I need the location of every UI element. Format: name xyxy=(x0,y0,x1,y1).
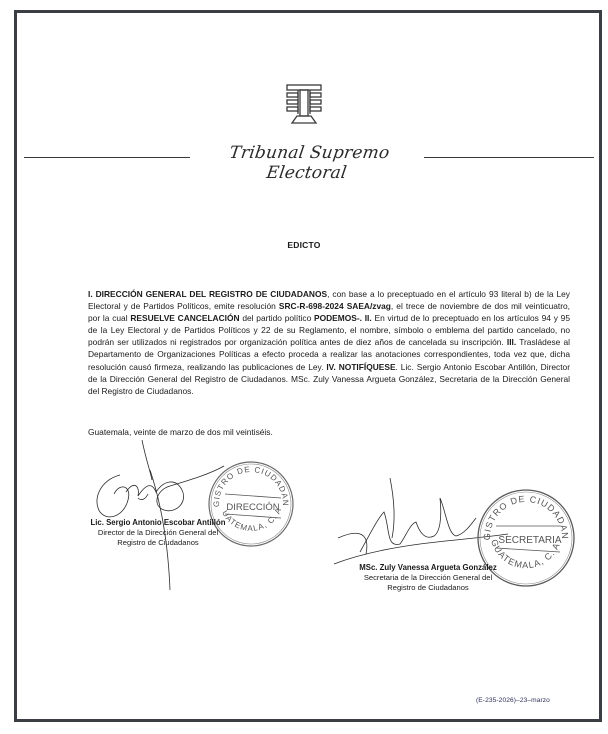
emphasis-text: SRC-R-698-2024 SAEA/zvag xyxy=(279,301,391,311)
header-rule-right xyxy=(424,157,594,158)
tse-emblem-icon xyxy=(283,83,325,125)
publication-code: (E-235-2026)–23–marzo xyxy=(476,697,550,704)
signature-block-director: Lic. Sergio Antonio Escobar Antillón Dir… xyxy=(68,518,248,548)
signer-name: Lic. Sergio Antonio Escobar Antillón xyxy=(68,518,248,528)
emphasis-text: I. DIRECCIÓN GENERAL DEL REGISTRO DE CIU… xyxy=(88,289,327,299)
institution-name: Tribunal Supremo Electoral xyxy=(191,143,425,183)
signer-role-line2: Registro de Ciudadanos xyxy=(68,538,248,548)
svg-text:REGISTRO DE CIUDADANOS: REGISTRO DE CIUDADANOS xyxy=(205,458,290,507)
emphasis-text: PODEMOS-. II. xyxy=(314,313,372,323)
edict-body: I. DIRECCIÓN GENERAL DEL REGISTRO DE CIU… xyxy=(88,288,570,397)
emphasis-text: IV. NOTIFÍQUESE xyxy=(326,362,395,372)
signer-role-line2: Registro de Ciudadanos xyxy=(338,583,518,593)
header-rule-left xyxy=(24,157,190,158)
svg-text:REGISTRO DE CIUDADANOS: REGISTRO DE CIUDADANOS xyxy=(474,486,570,541)
signer-role: Director de la Dirección General del xyxy=(68,528,248,538)
body-text-segment: del partido político xyxy=(240,313,314,323)
emphasis-text: RESUELVE CANCELACIÓN xyxy=(130,313,239,323)
signature-block-secretaria: MSc. Zuly Vanessa Argueta González Secre… xyxy=(338,563,518,593)
signer-name: MSc. Zuly Vanessa Argueta González xyxy=(338,563,518,573)
svg-text:GUATEMALA, C. A.: GUATEMALA, C. A. xyxy=(474,486,562,570)
signer-role: Secretaria de la Dirección General del xyxy=(338,573,518,583)
dateline: Guatemala, veinte de marzo de dos mil ve… xyxy=(88,427,273,437)
emphasis-text: III. xyxy=(507,337,516,347)
document-title: EDICTO xyxy=(0,240,608,250)
svg-text:DIRECCIÓN: DIRECCIÓN xyxy=(226,502,279,513)
